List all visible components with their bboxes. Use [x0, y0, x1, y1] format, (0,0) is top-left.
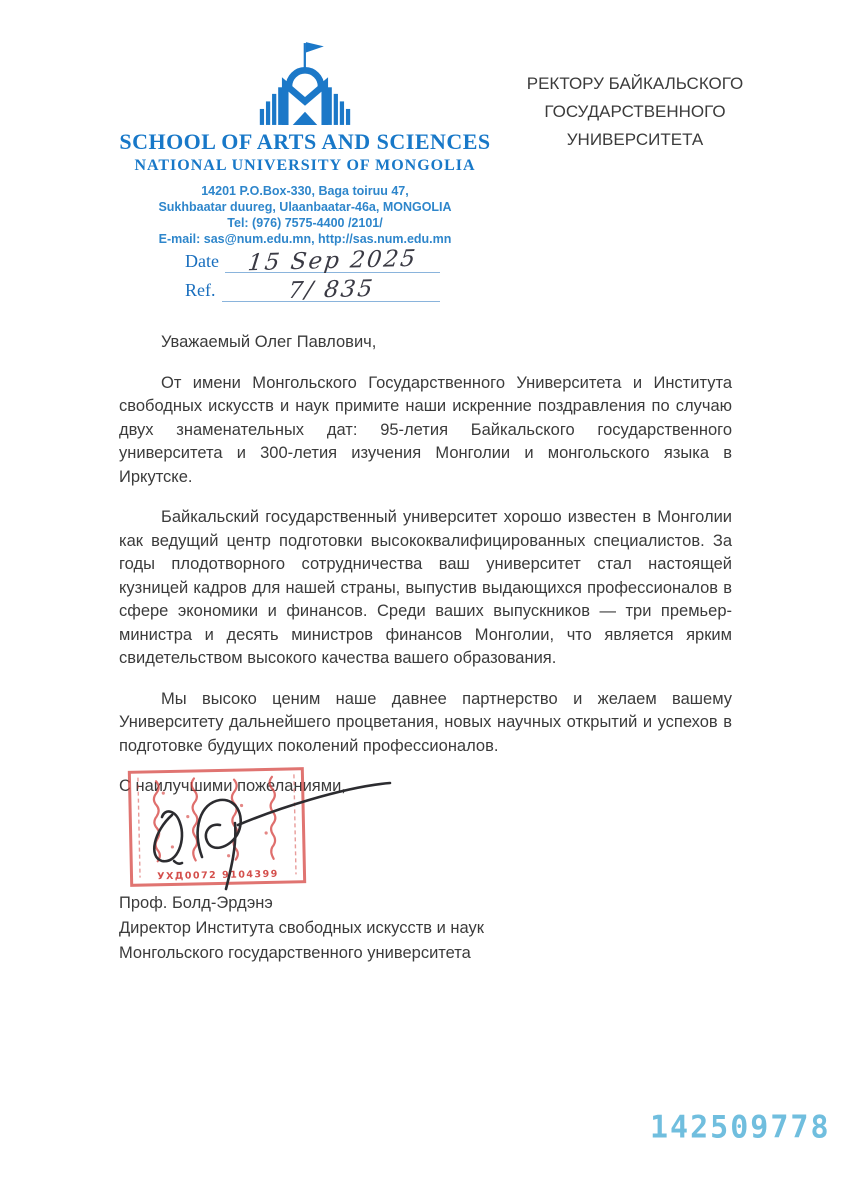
logo-wrap [100, 40, 510, 128]
signatory-organization: Монгольского государственного университе… [119, 941, 484, 966]
ref-underline: 7/ 835 [222, 272, 441, 302]
handwritten-signature [138, 763, 400, 895]
school-name: SCHOOL OF ARTS AND SCIENCES [100, 130, 510, 154]
date-ref-block: Date 15 Sep 2025 Ref. 7/ 835 [185, 244, 440, 302]
letterhead: SCHOOL OF ARTS AND SCIENCES NATIONAL UNI… [100, 40, 510, 247]
address-line: Tel: (976) 7575-4400 /2101/ [100, 215, 510, 231]
date-underline: 15 Sep 2025 [225, 243, 440, 273]
university-name: NATIONAL UNIVERSITY OF MONGOLIA [100, 157, 510, 175]
flag-icon [306, 42, 324, 52]
recipient-line: ГОСУДАРСТВЕННОГО [480, 98, 790, 126]
date-row: Date 15 Sep 2025 [185, 244, 440, 273]
address-line: 14201 P.O.Box-330, Baga toiruu 47, [100, 183, 510, 199]
salutation: Уважаемый Олег Павлович, [119, 331, 732, 355]
letter-body: Уважаемый Олег Павлович, От имени Монгол… [119, 331, 732, 816]
scanned-letter-page: SCHOOL OF ARTS AND SCIENCES NATIONAL UNI… [0, 0, 848, 1200]
signatory-name: Проф. Болд-Эрдэнэ [119, 891, 484, 916]
logo-dome [289, 70, 321, 86]
university-emblem-logo [257, 40, 353, 128]
ref-row: Ref. 7/ 835 [185, 273, 440, 302]
address-line: Sukhbaatar duureg, Ulaanbaatar-46a, MONG… [100, 199, 510, 215]
letterhead-address: 14201 P.O.Box-330, Baga toiruu 47, Sukhb… [100, 183, 510, 247]
document-number-stamp: 142509778 [650, 1109, 831, 1146]
logo-center-roof [293, 112, 317, 125]
recipient-line: УНИВЕРСИТЕТА [480, 126, 790, 154]
signatory-block: Проф. Болд-Эрдэнэ Директор Института сво… [119, 891, 484, 966]
flag-pole [304, 43, 306, 67]
paragraph-3: Мы высоко ценим наше давнее партнерство … [119, 688, 732, 759]
date-label: Date [185, 251, 225, 273]
paragraph-2: Байкальский государственный университет … [119, 506, 732, 671]
paragraph-1: От имени Монгольского Государственного У… [119, 372, 732, 490]
signatory-title: Директор Института свободных искусств и … [119, 916, 484, 941]
ref-label: Ref. [185, 280, 222, 302]
recipient-block: РЕКТОРУ БАЙКАЛЬСКОГО ГОСУДАРСТВЕННОГО УН… [480, 70, 790, 154]
ref-handwritten-value: 7/ 835 [220, 274, 442, 306]
recipient-line: РЕКТОРУ БАЙКАЛЬСКОГО [480, 70, 790, 98]
